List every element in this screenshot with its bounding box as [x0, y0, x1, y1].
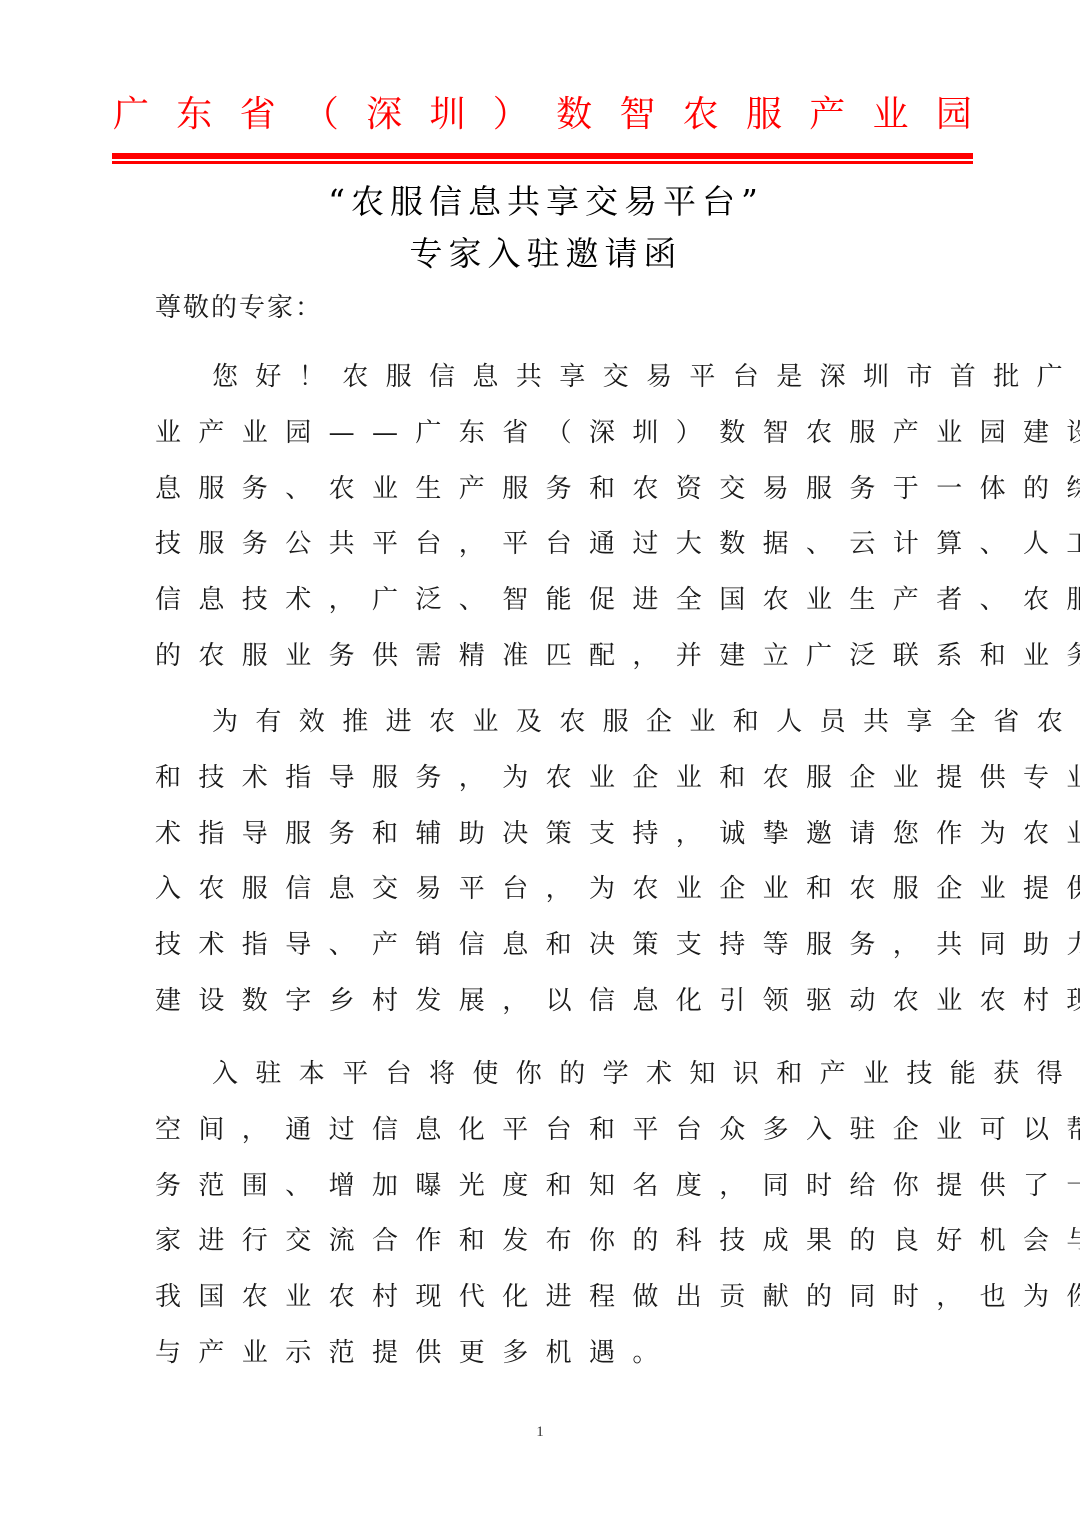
document-title-line1: “农服信息共享交易平台” — [0, 180, 1080, 224]
paragraph-line: 家进行交流合作和发布你的科技成果的良好机会与载体，在为 — [155, 1214, 945, 1270]
paragraph-line: 业产业园——广东省（深圳）数智农服产业园建设的集农业信 — [155, 406, 945, 462]
paragraph-line: 术指导服务和辅助决策支持，诚挚邀请您作为农业咨询专家加 — [155, 807, 945, 863]
letterhead-char: 智 — [618, 93, 656, 137]
letterhead-char: 圳 — [428, 93, 466, 137]
document-title-line2: 专家入驻邀请函 — [0, 232, 1080, 276]
paragraph-line: 为有效推进农业及农服企业和人员共享全省农业科技信息 — [155, 695, 945, 751]
document-page: 广 东 省 （ 深 圳 ） 数 智 农 服 产 业 园 “农服信息共享交易平台”… — [0, 0, 1080, 1527]
paragraph-line: 的农服业务供需精准匹配，并建立广泛联系和业务交易。 — [155, 629, 945, 685]
letterhead-char: 农 — [682, 93, 720, 137]
letterhead-org-name: 广 东 省 （ 深 圳 ） 数 智 农 服 产 业 园 — [112, 93, 973, 137]
letterhead-char: 数 — [555, 93, 593, 137]
paragraph-line: 技术指导、产销信息和决策支持等服务，共同助力智慧农业、 — [155, 918, 945, 974]
letterhead-divider-thin — [112, 161, 973, 164]
letterhead-divider-thick — [112, 153, 973, 159]
paragraph-benefits: 入驻本平台将使你的学术知识和产业技能获得更广阔应用 空间，通过信息化平台和平台众… — [155, 1047, 945, 1382]
letterhead-char: 园 — [935, 93, 973, 137]
page-number: 1 — [0, 1422, 1080, 1442]
paragraph-line: 息服务、农业生产服务和农资交易服务于一体的综合性农业科 — [155, 462, 945, 518]
letterhead-char: 东 — [175, 93, 213, 137]
paragraph-line: 务范围、增加曝光度和知名度，同时给你提供了一个与其他专 — [155, 1159, 945, 1215]
paragraph-line: 建设数字乡村发展，以信息化引领驱动农业农村现代化。 — [155, 974, 945, 1030]
letterhead-char: 产 — [808, 93, 846, 137]
paragraph-line: 入农服信息交易平台，为农业企业和农服企业提供科技培训、 — [155, 862, 945, 918]
salutation: 尊敬的专家： — [155, 290, 945, 326]
paragraph-line: 技服务公共平台，平台通过大数据、云计算、人工智能等现代 — [155, 517, 945, 573]
paragraph-intro: 您好！农服信息共享交易平台是深圳市首批广东省现代农 业产业园——广东省（深圳）数… — [155, 350, 945, 685]
letterhead-char: （ — [302, 93, 340, 137]
paragraph-line: 您好！农服信息共享交易平台是深圳市首批广东省现代农 — [155, 350, 945, 406]
paragraph-line: 与产业示范提供更多机遇。 — [155, 1326, 945, 1382]
paragraph-line: 信息技术，广泛、智能促进全国农业生产者、农服提供商之间 — [155, 573, 945, 629]
paragraph-line: 和技术指导服务，为农业企业和农服企业提供专业、权威的技 — [155, 751, 945, 807]
letterhead-char: 深 — [365, 93, 403, 137]
letterhead-char: 省 — [239, 93, 277, 137]
paragraph-line: 入驻本平台将使你的学术知识和产业技能获得更广阔应用 — [155, 1047, 945, 1103]
letterhead-char: 广 — [112, 93, 150, 137]
letterhead-char: 服 — [745, 93, 783, 137]
letterhead-char: 业 — [872, 93, 910, 137]
letterhead-char: ） — [492, 93, 530, 137]
paragraph-line: 空间，通过信息化平台和平台众多入驻企业可以帮助您扩大业 — [155, 1103, 945, 1159]
paragraph-invitation: 为有效推进农业及农服企业和人员共享全省农业科技信息 和技术指导服务，为农业企业和… — [155, 695, 945, 1030]
paragraph-line: 我国农业农村现代化进程做出贡献的同时，也为你的科技创新 — [155, 1270, 945, 1326]
